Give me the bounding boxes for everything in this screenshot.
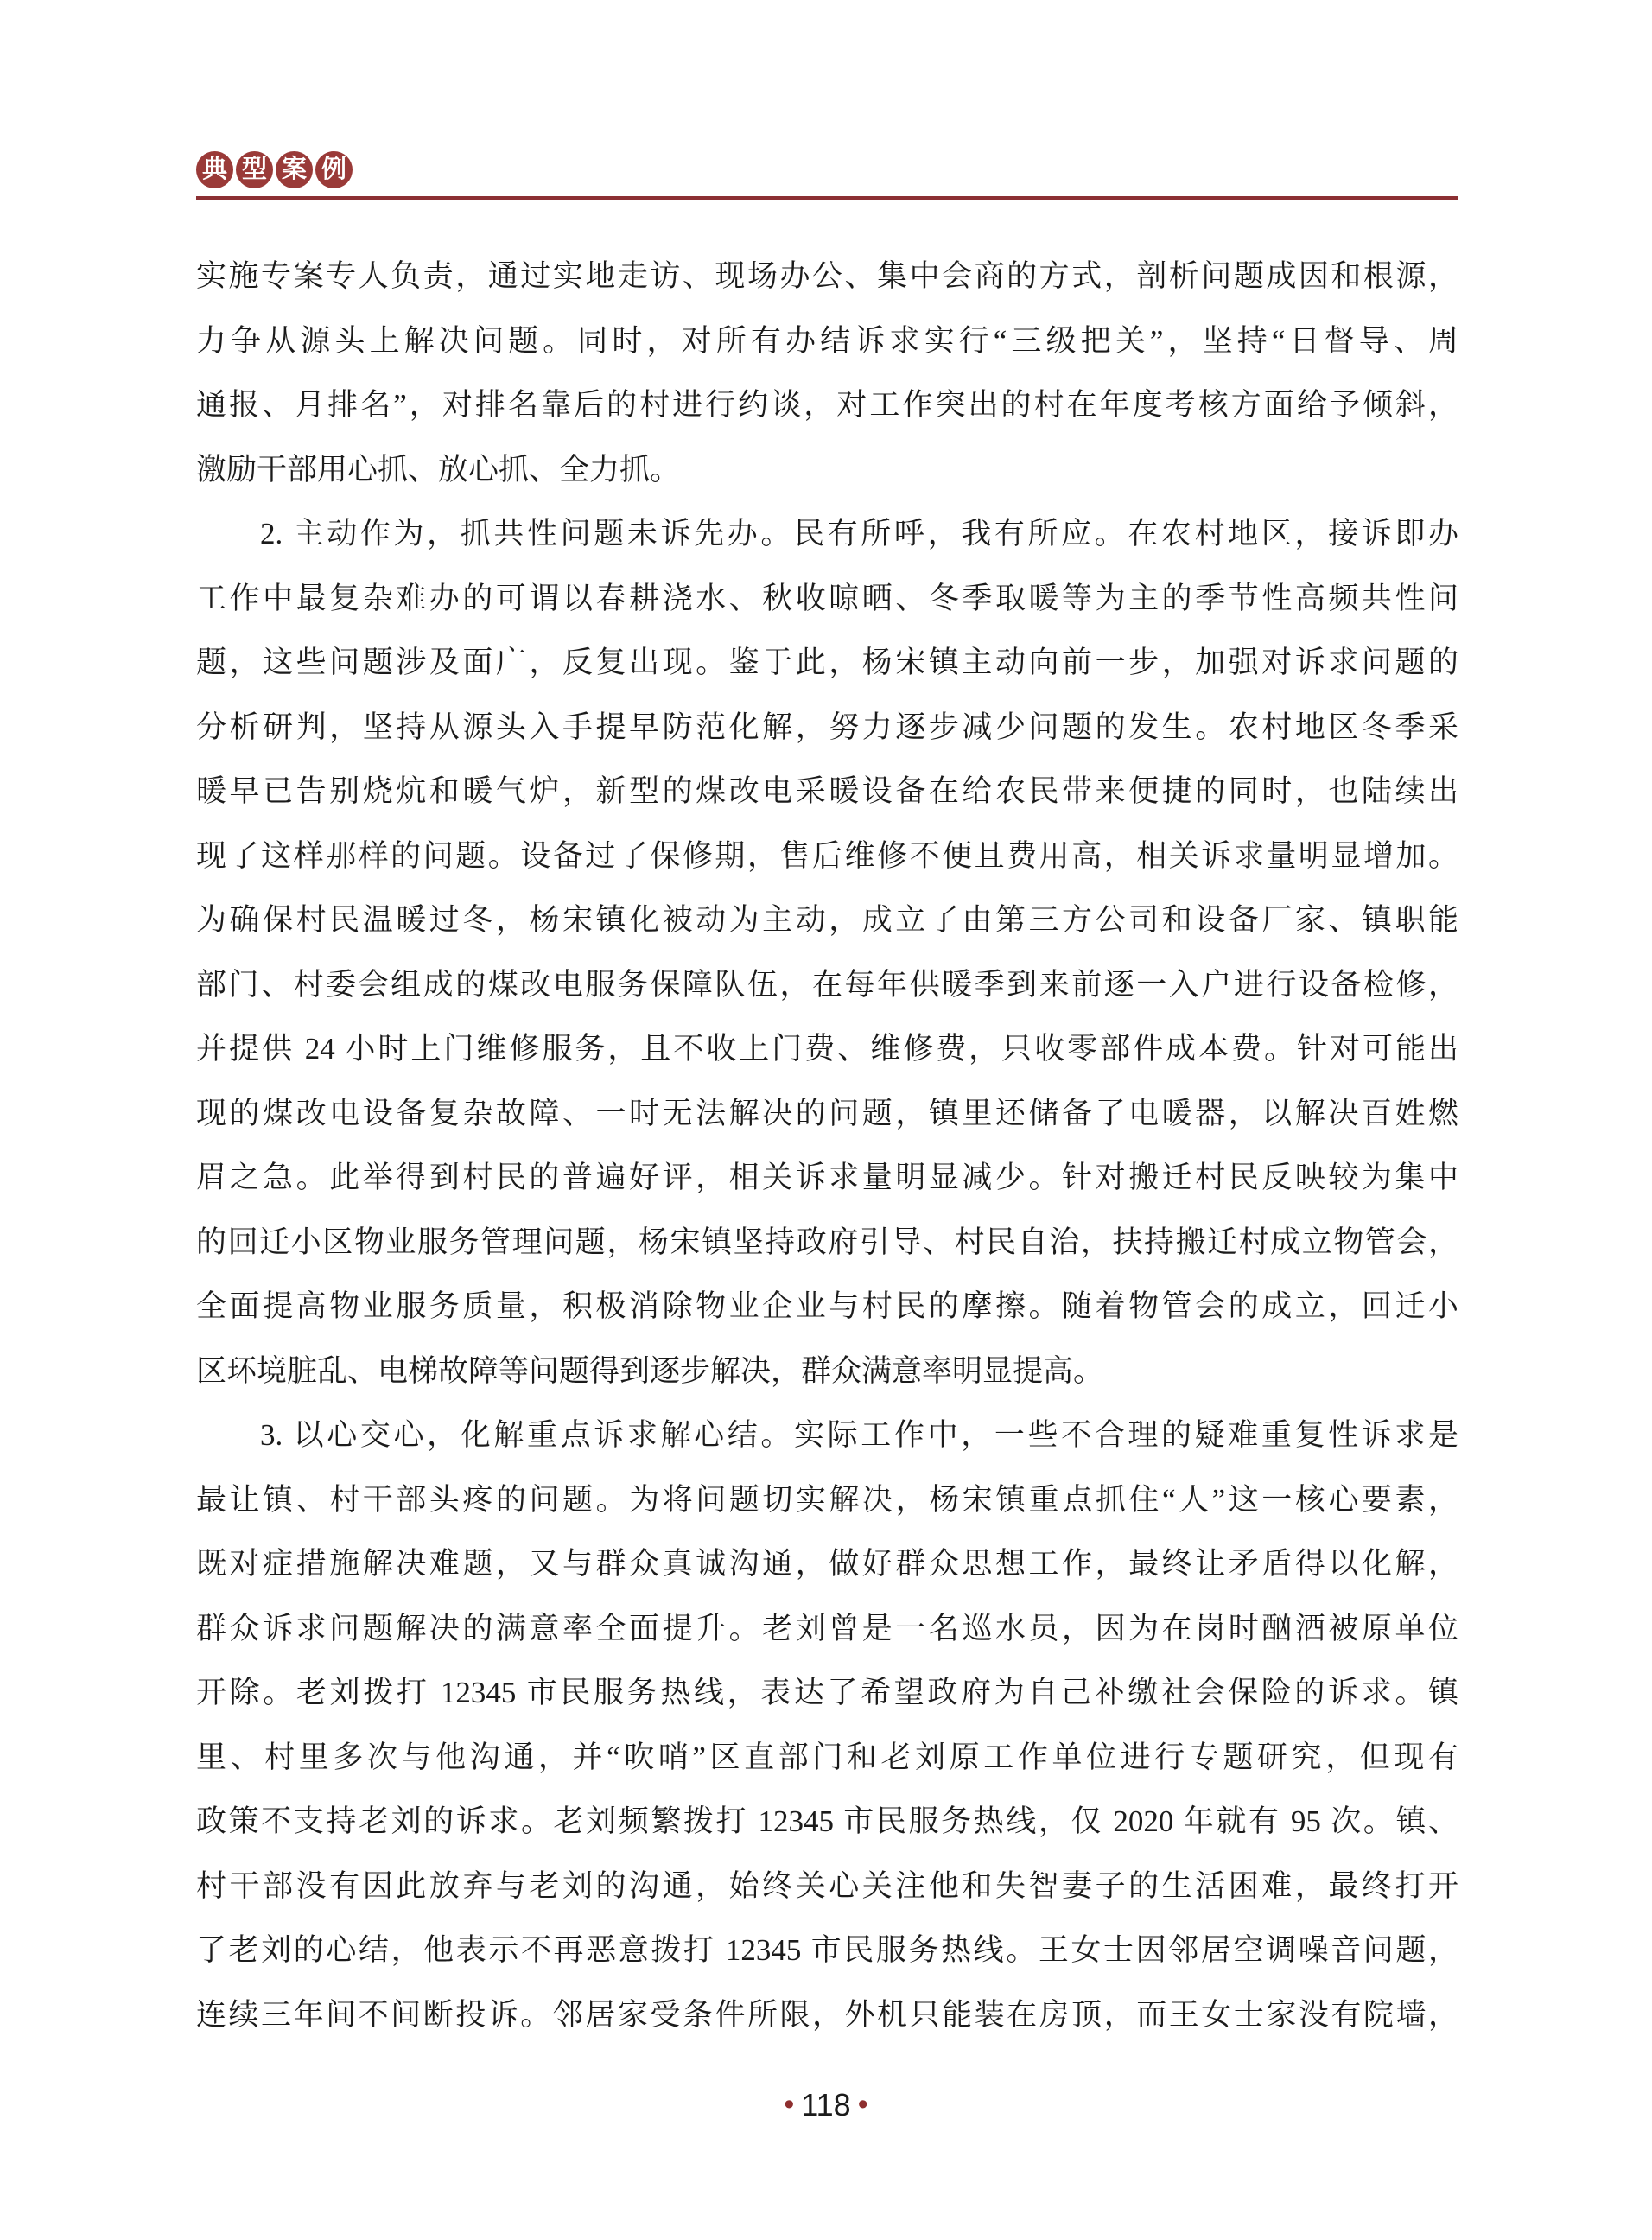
text-line: 现了这样那样的问题。设备过了保修期，售后维修不便且费用高，相关诉求量明显增加。 <box>196 824 1458 889</box>
text-line: 部门、村委会组成的煤改电服务保障队伍，在每年供暖季到来前逐一入户进行设备检修， <box>196 953 1458 1018</box>
text-line: 2. 主动作为，抓共性问题未诉先办。民有所呼，我有所应。在农村地区，接诉即办 <box>196 502 1458 567</box>
text-line: 力争从源头上解决问题。同时，对所有办结诉求实行“三级把关”，坚持“日督导、周 <box>196 309 1458 374</box>
text-line: 政策不支持老刘的诉求。老刘频繁拨打 12345 市民服务热线，仅 2020 年就… <box>196 1790 1458 1855</box>
text-line: 激励干部用心抓、放心抓、全力抓。 <box>196 438 1458 503</box>
text-line: 的回迁小区物业服务管理问题，杨宋镇坚持政府引导、村民自治，扶持搬迁村成立物管会， <box>196 1211 1458 1276</box>
header-badge: 案 <box>276 151 313 188</box>
text-line: 眉之急。此举得到村民的普遍好评，相关诉求量明显减少。针对搬迁村民反映较为集中 <box>196 1146 1458 1211</box>
text-line: 通报、月排名”，对排名靠后的村进行约谈，对工作突出的村在年度考核方面给予倾斜， <box>196 373 1458 438</box>
text-line: 分析研判，坚持从源头入手提早防范化解，努力逐步减少问题的发生。农村地区冬季采 <box>196 696 1458 760</box>
text-line: 了老刘的心结，他表示不再恶意拨打 12345 市民服务热线。王女士因邻居空调噪音… <box>196 1919 1458 1983</box>
text-line: 暖早已告别烧炕和暖气炉，新型的煤改电采暖设备在给农民带来便捷的同时，也陆续出 <box>196 760 1458 824</box>
text-line: 群众诉求问题解决的满意率全面提升。老刘曾是一名巡水员，因为在岗时酗酒被原单位 <box>196 1597 1458 1662</box>
paragraph: 3. 以心交心，化解重点诉求解心结。实际工作中，一些不合理的疑难重复性诉求是最让… <box>196 1403 1458 2047</box>
header-badge: 典 <box>196 151 233 188</box>
text-line: 实施专案专人负责，通过实地走访、现场办公、集中会商的方式，剖析问题成因和根源， <box>196 245 1458 309</box>
text-line: 区环境脏乱、电梯故障等问题得到逐步解决，群众满意率明显提高。 <box>196 1340 1458 1404</box>
text-line: 题，这些问题涉及面广，反复出现。鉴于此，杨宋镇主动向前一步，加强对诉求问题的 <box>196 631 1458 696</box>
body-text: 实施专案专人负责，通过实地走访、现场办公、集中会商的方式，剖析问题成因和根源，力… <box>196 245 1458 2047</box>
header-title-badges: 典型案例 <box>196 151 353 188</box>
paragraph: 实施专案专人负责，通过实地走访、现场办公、集中会商的方式，剖析问题成因和根源，力… <box>196 245 1458 502</box>
text-line: 全面提高物业服务质量，积极消除物业企业与村民的摩擦。随着物管会的成立，回迁小 <box>196 1275 1458 1340</box>
page-number-left-dot: • <box>777 2088 801 2121</box>
text-line: 工作中最复杂难办的可谓以春耕浇水、秋收晾晒、冬季取暖等为主的季节性高频共性问 <box>196 567 1458 632</box>
page-number-right-dot: • <box>851 2088 875 2121</box>
text-line: 最让镇、村干部头疼的问题。为将问题切实解决，杨宋镇重点抓住“人”这一核心要素， <box>196 1468 1458 1533</box>
text-line: 村干部没有因此放弃与老刘的沟通，始终关心关注他和失智妻子的生活困难，最终打开 <box>196 1855 1458 1919</box>
document-page: 典型案例 实施专案专人负责，通过实地走访、现场办公、集中会商的方式，剖析问题成因… <box>0 0 1652 2240</box>
page-number: •118• <box>0 2087 1652 2123</box>
header-rule <box>196 196 1458 200</box>
text-line: 现的煤改电设备复杂故障、一时无法解决的问题，镇里还储备了电暖器，以解决百姓燃 <box>196 1082 1458 1147</box>
text-line: 里、村里多次与他沟通，并“吹哨”区直部门和老刘原工作单位进行专题研究，但现有 <box>196 1726 1458 1791</box>
text-line: 为确保村民温暖过冬，杨宋镇化被动为主动，成立了由第三方公司和设备厂家、镇职能 <box>196 888 1458 953</box>
paragraph: 2. 主动作为，抓共性问题未诉先办。民有所呼，我有所应。在农村地区，接诉即办工作… <box>196 502 1458 1403</box>
header-badge: 例 <box>315 151 353 188</box>
text-line: 并提供 24 小时上门维修服务，且不收上门费、维修费，只收零部件成本费。针对可能… <box>196 1017 1458 1082</box>
text-line: 开除。老刘拨打 12345 市民服务热线，表达了希望政府为自己补缴社会保险的诉求… <box>196 1661 1458 1726</box>
text-line: 3. 以心交心，化解重点诉求解心结。实际工作中，一些不合理的疑难重复性诉求是 <box>196 1403 1458 1468</box>
header-badge: 型 <box>236 151 273 188</box>
page-number-value: 118 <box>801 2087 850 2122</box>
text-line: 连续三年间不间断投诉。邻居家受条件所限，外机只能装在房顶，而王女士家没有院墙， <box>196 1983 1458 2048</box>
text-line: 既对症措施解决难题，又与群众真诚沟通，做好群众思想工作，最终让矛盾得以化解， <box>196 1532 1458 1597</box>
